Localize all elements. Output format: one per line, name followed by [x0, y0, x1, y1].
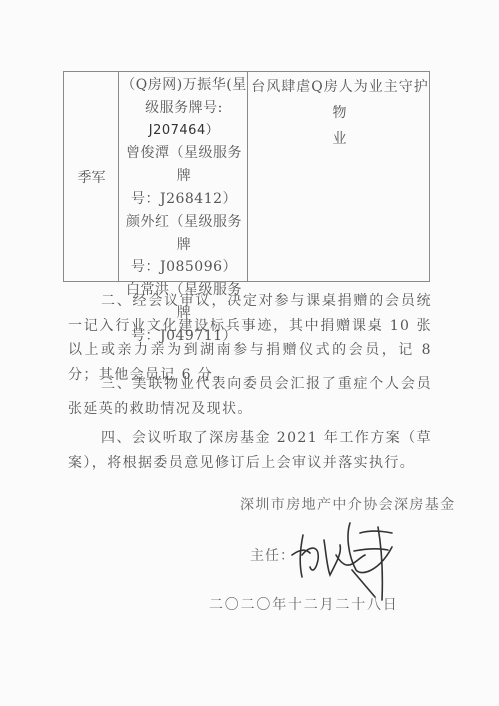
- reason-line: 台风肆虐Q房人为业主守护物: [250, 74, 430, 126]
- names-line: （Q房网)万振华(星: [120, 74, 248, 97]
- reason-line: 业: [250, 126, 430, 152]
- paragraph-4: 四、会议听取了深房基金 2021 年工作方案（草案），将根据委员意见修订后上会审…: [68, 426, 432, 475]
- handwritten-signature: [270, 515, 400, 605]
- document-date: 二〇二〇年十二月二十八日: [209, 594, 399, 614]
- names-line: 号：J085096）: [120, 256, 248, 279]
- names-line: 号：J268412）: [120, 188, 248, 211]
- signing-organization: 深圳市房地产中介协会深房基金: [240, 494, 456, 514]
- names-line: 级服务牌号:: [120, 97, 248, 120]
- names-line: J207464）: [120, 120, 248, 143]
- document-page: 季军 （Q房网)万振华(星 级服务牌号: J207464） 曾俊潭（星级服务牌 …: [0, 0, 499, 706]
- paragraph-3: 三、美联物业代表向委员会汇报了重症个人会员张延英的救助情况及现状。: [68, 372, 432, 421]
- award-reason-cell: 台风肆虐Q房人为业主守护物 业: [250, 74, 430, 152]
- names-line: 颜外红（星级服务牌: [120, 211, 248, 257]
- names-line: 曾俊潭（星级服务牌: [120, 142, 248, 188]
- award-table: 季军 （Q房网)万振华(星 级服务牌号: J207464） 曾俊潭（星级服务牌 …: [63, 71, 430, 282]
- award-level-cell: 季军: [64, 72, 119, 281]
